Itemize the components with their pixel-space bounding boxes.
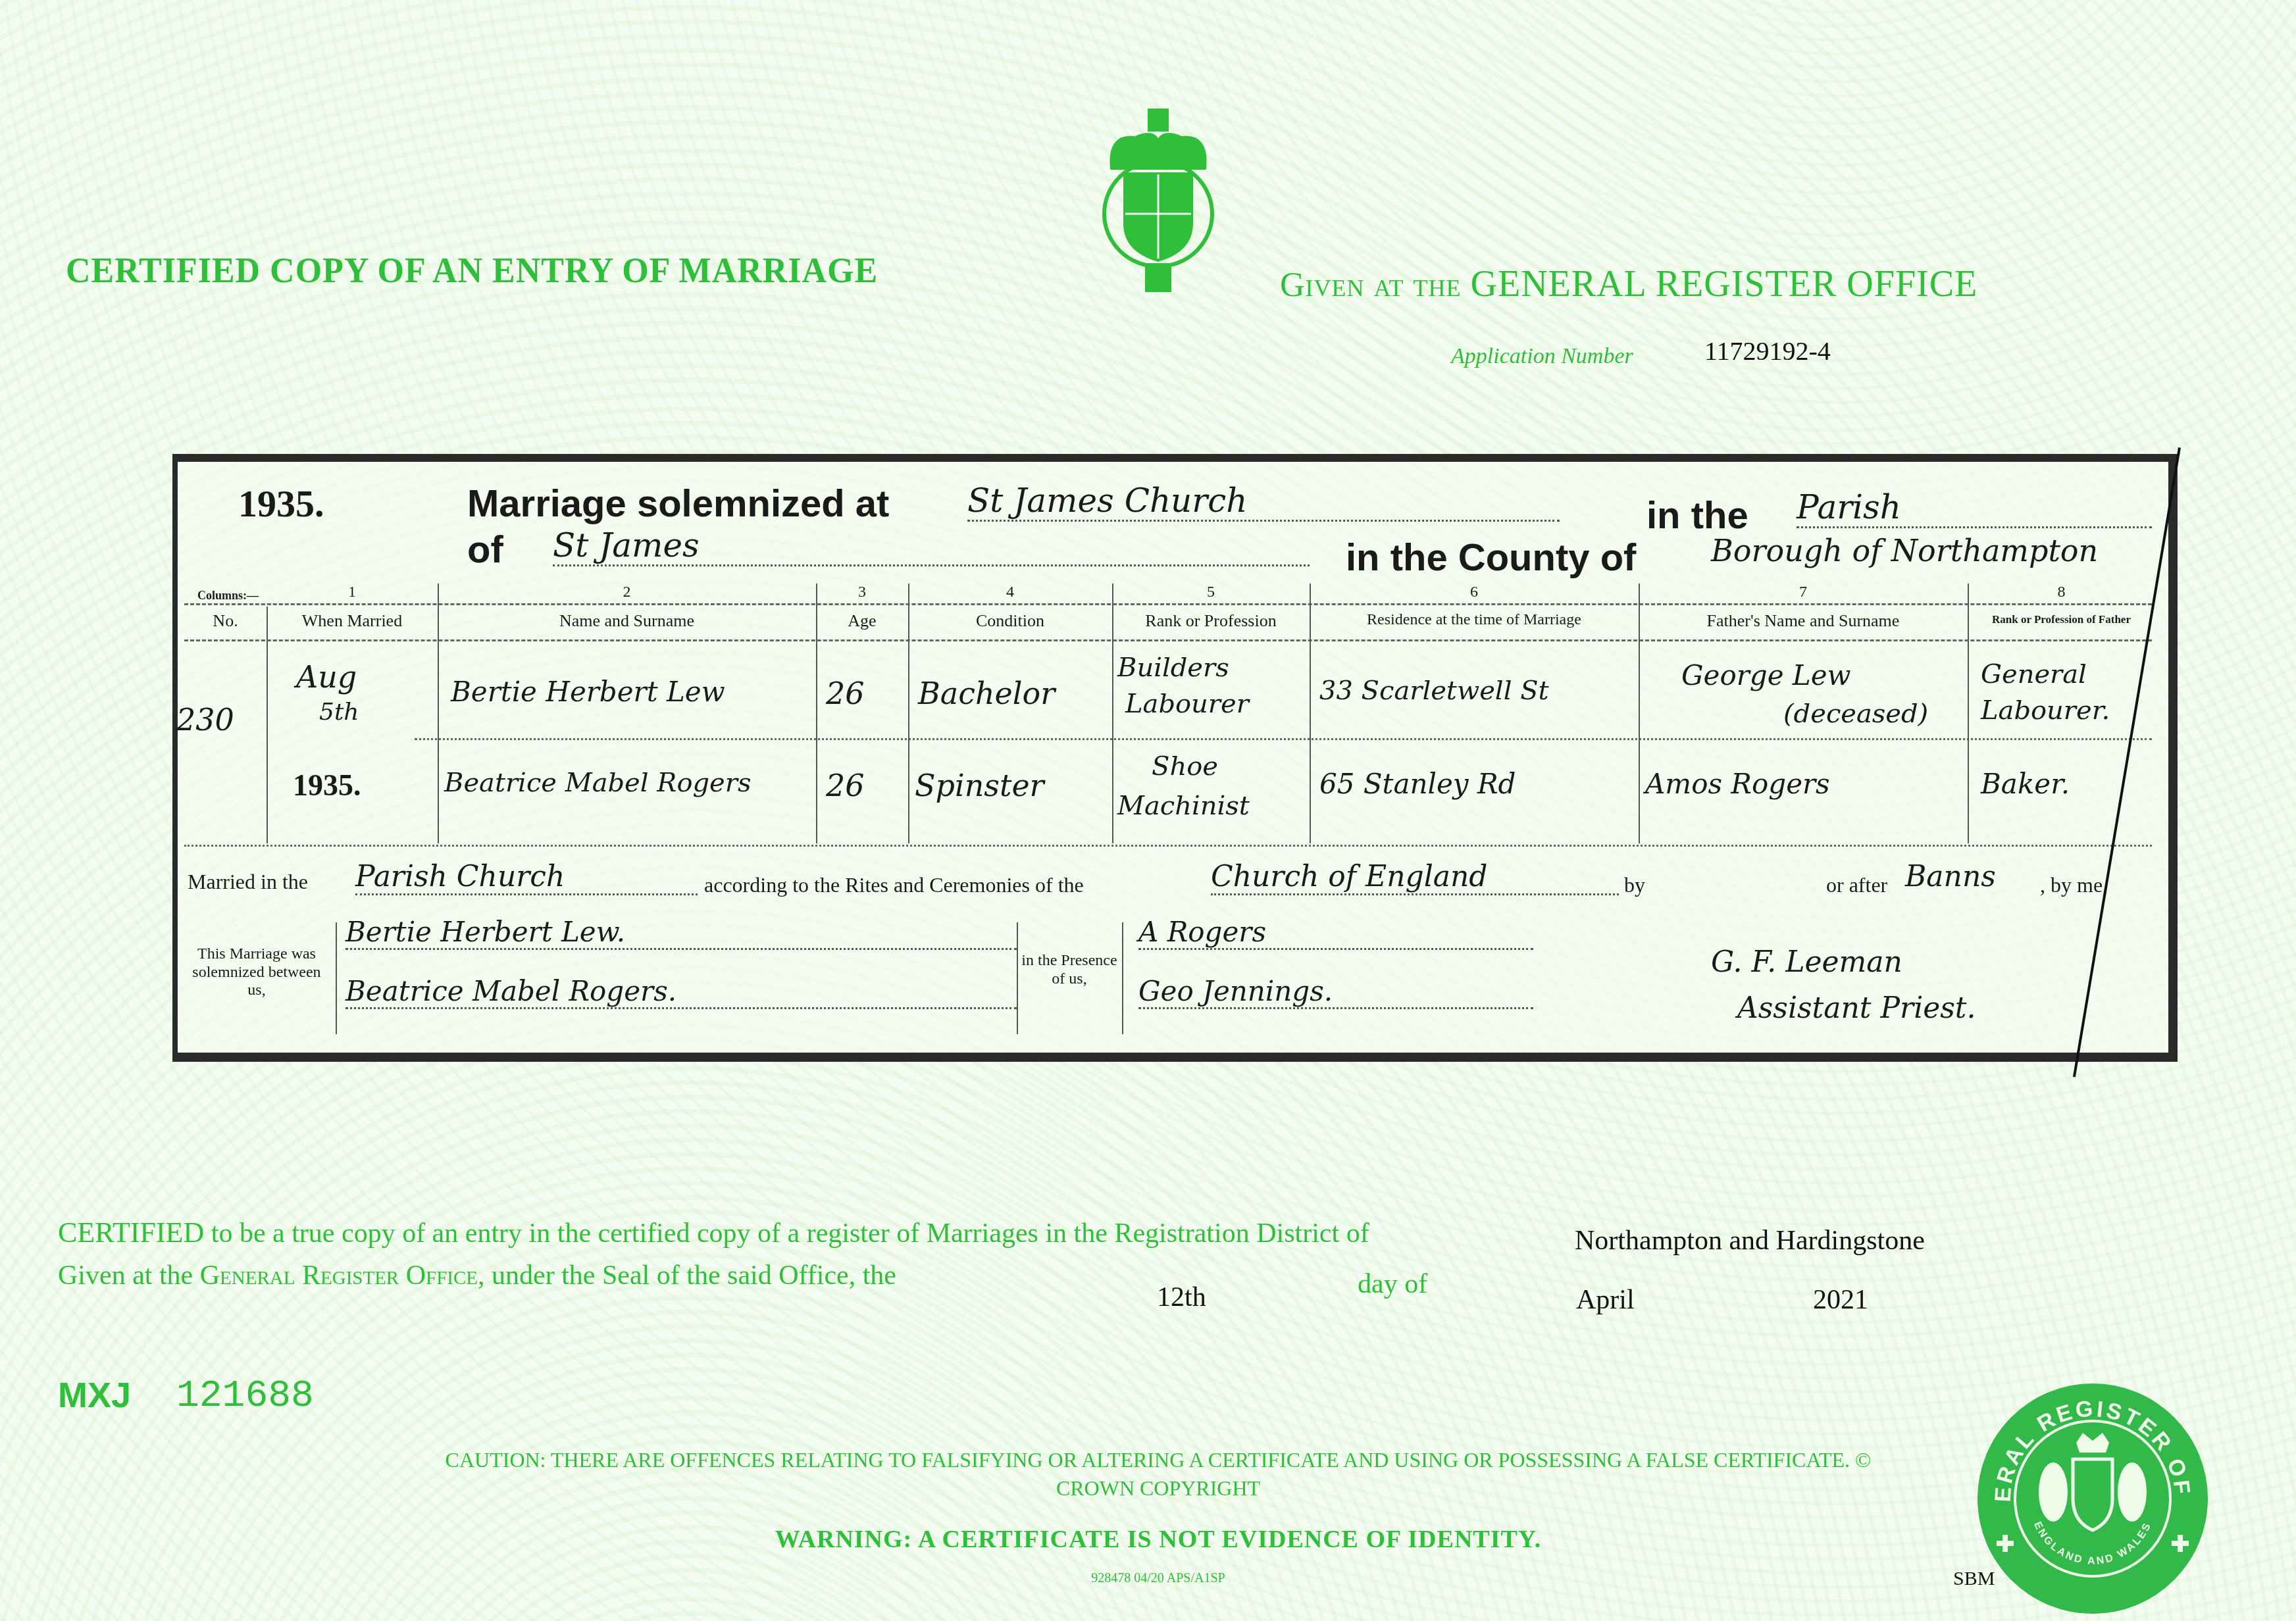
column-header-name: Name and Surname <box>438 611 816 631</box>
column-number: 5 <box>1112 584 1310 601</box>
columns-label: Columns:— <box>197 589 259 603</box>
identity-warning: WARNING: A CERTIFICATE IS NOT EVIDENCE O… <box>434 1525 1882 1554</box>
office-name: General Register Office <box>200 1260 478 1291</box>
county-label: in the County of <box>1346 536 1636 580</box>
when-married-day: 5th <box>319 699 359 726</box>
by-label: by <box>1624 873 1645 897</box>
married-in-label: Married in the <box>188 870 308 894</box>
column-number: 7 <box>1639 584 1968 601</box>
groom-residence: 33 Scarletwell St <box>1319 676 1549 706</box>
application-number-label: Application Number <box>1451 344 1633 369</box>
of-value: St James <box>553 526 1310 566</box>
witness-signature-1: A Rogers <box>1138 916 1533 950</box>
application-number-value: 11729192-4 <box>1704 336 1831 366</box>
serial-prefix: MXJ <box>58 1375 131 1416</box>
column-number: 2 <box>438 584 816 601</box>
bride-profession-2: Machinist <box>1117 791 1250 821</box>
officiant-signature: G. F. Leeman <box>1711 945 1902 979</box>
bride-residence: 65 Stanley Rd <box>1319 768 1516 800</box>
solemnized-at-label: Marriage solemnized at <box>467 482 889 526</box>
officiant-title: Assistant Priest. <box>1737 991 1976 1025</box>
general-register-office-seal-icon: GENERAL REGISTER OFFICE ENGLAND AND WALE… <box>1974 1380 2211 1617</box>
married-in-value: Parish Church <box>355 860 698 895</box>
party-signature-bride: Beatrice Mabel Rogers. <box>345 975 1017 1009</box>
royal-crest-icon <box>1096 109 1221 293</box>
certification-line-1: CERTIFIED to be a true copy of an entry … <box>58 1216 1369 1249</box>
certificate-title: CERTIFIED COPY OF AN ENTRY OF MARRIAGE <box>66 251 878 291</box>
groom-father-profession-2: Labourer. <box>1981 695 2110 726</box>
column-header-profession: Rank or Profession <box>1112 611 1310 631</box>
given-at-text: Given at the <box>58 1260 193 1291</box>
office-heading-main: GENERAL REGISTER OFFICE <box>1471 264 1978 305</box>
certification-day: 12th <box>1157 1282 1206 1313</box>
office-heading-prefix: Given at the <box>1280 266 1462 304</box>
groom-profession-2: Labourer <box>1125 689 1249 719</box>
office-heading: Given at the GENERAL REGISTER OFFICE <box>1280 263 1977 305</box>
caution-notice: CAUTION: THERE ARE OFFENCES RELATING TO … <box>434 1446 1882 1503</box>
of-label: of <box>467 528 503 572</box>
registration-district: Northampton and Hardingstone <box>1575 1225 1925 1257</box>
certified-word: CERTIFIED <box>58 1216 204 1249</box>
banns-value: Banns <box>1905 860 1996 893</box>
bride-age: 26 <box>826 768 865 803</box>
groom-condition: Bachelor <box>918 676 1055 711</box>
entry-number: 230 <box>176 702 234 737</box>
rites-value: Church of England <box>1211 860 1619 895</box>
banns-label: or after <box>1826 873 1887 897</box>
when-married-month: Aug <box>296 659 357 695</box>
solemnized-between-label: This Marriage was solemnized between us, <box>184 945 329 1000</box>
presence-label: in the Presence of us, <box>1020 952 1119 988</box>
column-number: 3 <box>816 584 908 601</box>
bride-father-name: Amos Rogers <box>1645 768 1830 800</box>
certification-year: 2021 <box>1813 1284 1868 1316</box>
column-header-no: No. <box>184 611 267 631</box>
certification-month: April <box>1576 1284 1635 1316</box>
solemnized-at-value: St James Church <box>967 482 1560 522</box>
register-year: 1935. <box>238 482 324 526</box>
column-number: 1 <box>267 584 438 601</box>
column-header-residence: Residence at the time of Marriage <box>1310 611 1639 629</box>
bride-profession-1: Shoe <box>1152 751 1218 782</box>
in-the-value: Parish <box>1797 488 2152 528</box>
column-header-father-name: Father's Name and Surname <box>1639 611 1968 631</box>
when-married-year: 1935. <box>293 768 361 803</box>
groom-name: Bertie Herbert Lew <box>451 676 725 708</box>
form-code: 928478 04/20 APS/A1SP <box>434 1571 1882 1586</box>
by-me-label: , by me, <box>2040 873 2108 897</box>
groom-profession-1: Builders <box>1117 653 1229 683</box>
column-number: 6 <box>1310 584 1639 601</box>
rites-label: according to the Rites and Ceremonies of… <box>704 873 1084 897</box>
witness-signature-2: Geo Jennings. <box>1138 975 1533 1009</box>
party-signature-groom: Bertie Herbert Lew. <box>345 916 1017 950</box>
bride-father-profession: Baker. <box>1981 768 2070 800</box>
certification-line-2: Given at the General Register Office, un… <box>58 1260 896 1291</box>
county-value: Borough of Northampton <box>1711 533 2098 568</box>
column-header-age: Age <box>816 611 908 631</box>
register-entry: 1935. Marriage solemnized at St James Ch… <box>172 454 2178 1062</box>
certification-text: to be a true copy of an entry in the cer… <box>211 1218 1369 1249</box>
groom-age: 26 <box>826 676 865 711</box>
bride-condition: Spinster <box>915 768 1044 803</box>
in-the-label: in the <box>1646 493 1748 537</box>
seal-text: , under the Seal of the said Office, the <box>478 1260 896 1291</box>
column-header-condition: Condition <box>908 611 1112 631</box>
groom-father-name: George Lew <box>1681 659 1851 691</box>
bride-name: Beatrice Mabel Rogers <box>444 768 751 798</box>
column-number: 8 <box>1968 584 2155 601</box>
column-number: 4 <box>908 584 1112 601</box>
serial-number: 121688 <box>176 1375 314 1418</box>
column-header-when-married: When Married <box>267 611 438 631</box>
groom-father-profession-1: General <box>1981 659 2087 689</box>
groom-father-note: (deceased) <box>1783 699 1928 729</box>
column-header-father-profession: Rank or Profession of Father <box>1968 613 2155 626</box>
day-of-label: day of <box>1358 1268 1427 1300</box>
